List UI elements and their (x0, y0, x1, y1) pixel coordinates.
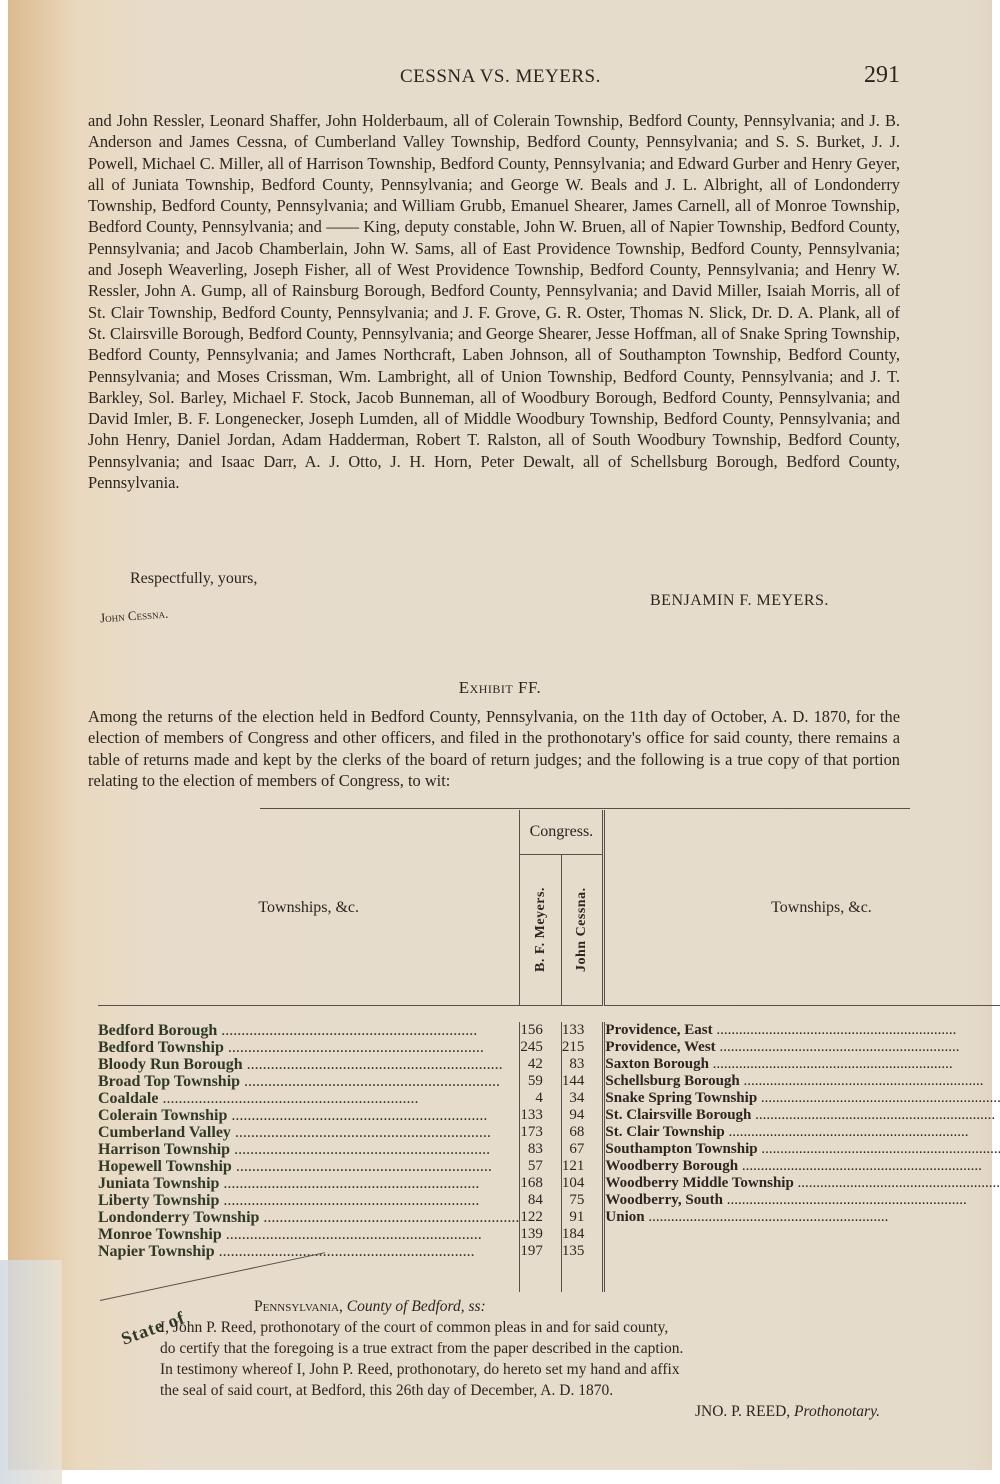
header-cessna-left: John Cessna. (561, 855, 604, 1006)
table-row: Liberty Township8475Woodberry, South1351… (98, 1192, 1000, 1209)
table-row: Monroe Township139184 (98, 1226, 1000, 1243)
cessna-votes: 184 (561, 1226, 604, 1243)
meyers-votes: 57 (520, 1158, 562, 1175)
certificate: Pennsylvania, County of Bedford, ss: I, … (130, 1296, 910, 1422)
cessna-votes: 83 (561, 1056, 604, 1073)
meyers-votes: 245 (520, 1039, 562, 1056)
cessna-votes: 91 (561, 1209, 604, 1226)
page-number: 291 (864, 62, 900, 89)
meyers-votes: 84 (520, 1192, 562, 1209)
meyers-votes: 122 (520, 1209, 562, 1226)
township-name: Providence, East (604, 1022, 1000, 1039)
certificate-line-4: the seal of said court, at Bedford, this… (130, 1380, 910, 1401)
meyers-votes: 133 (520, 1107, 562, 1124)
township-name: St. Clairsville Borough (604, 1107, 1000, 1124)
totals-row: 2,7522,720 (98, 1260, 1000, 1292)
table-row: Hopewell Township57121Woodberry Borough2… (98, 1158, 1000, 1175)
meyers-votes: 59 (520, 1073, 562, 1090)
meyers-votes: 139 (520, 1226, 562, 1243)
cessna-votes: 75 (561, 1192, 604, 1209)
township-name: Bedford Township (98, 1039, 520, 1056)
running-title: CESSNA VS. MEYERS. (400, 66, 601, 88)
cessna-votes: 34 (561, 1090, 604, 1107)
header-townships-right: Townships, &c. (604, 810, 1000, 1006)
table-top-rule (260, 808, 910, 809)
page-gutter-shadow (8, 0, 78, 1470)
township-name (604, 1243, 1000, 1260)
table-row: Bloody Run Borough4283Saxton Borough4232 (98, 1056, 1000, 1073)
exhibit-intro: Among the returns of the election held i… (88, 706, 900, 791)
meyers-votes: 197 (520, 1243, 562, 1260)
letter-closing: Respectfully, yours, (130, 570, 257, 588)
township-name: Juniata Township (98, 1175, 520, 1192)
township-name: Monroe Township (98, 1226, 520, 1243)
township-name: Union (604, 1209, 1000, 1226)
cessna-votes: 133 (561, 1022, 604, 1039)
cessna-votes: 121 (561, 1158, 604, 1175)
cessna-votes: 215 (561, 1039, 604, 1056)
township-name: Southampton Township (604, 1141, 1000, 1158)
election-returns-table: Townships, &c. Congress. Townships, &c. … (98, 810, 1000, 1292)
township-name: Schellsburg Borough (604, 1073, 1000, 1090)
township-name: Woodberry, South (604, 1192, 1000, 1209)
header-congress-left: Congress. (520, 810, 604, 855)
certificate-line-2: do certify that the foregoing is a true … (130, 1338, 910, 1359)
table-row: Napier Township197135 (98, 1243, 1000, 1260)
table-row: Londonderry Township12291Union140176 (98, 1209, 1000, 1226)
township-name: Coaldale (98, 1090, 520, 1107)
cessna-votes: 94 (561, 1107, 604, 1124)
table-row: Broad Top Township59144Schellsburg Borou… (98, 1073, 1000, 1090)
cessna-votes: 135 (561, 1243, 604, 1260)
table-row: Colerain Township13394St. Clairsville Bo… (98, 1107, 1000, 1124)
township-name: Providence, West (604, 1039, 1000, 1056)
table-row: Juniata Township168104Woodberry Middle T… (98, 1175, 1000, 1192)
signature-meyers: BENJAMIN F. MEYERS. (650, 592, 829, 610)
township-name: Napier Township (98, 1243, 520, 1260)
certificate-line-3: In testimony whereof I, John P. Reed, pr… (130, 1359, 910, 1380)
township-name: St. Clair Township (604, 1124, 1000, 1141)
table-row: Coaldale434Snake Spring Township7645 (98, 1090, 1000, 1107)
certificate-heading: Pennsylvania, County of Bedford, ss: (130, 1296, 910, 1317)
table-row: Bedford Township245215Providence, West56… (98, 1039, 1000, 1056)
township-name: Woodberry Borough (604, 1158, 1000, 1175)
page-header: CESSNA VS. MEYERS. 291 (120, 62, 900, 92)
meyers-votes: 83 (520, 1141, 562, 1158)
township-name: Hopewell Township (98, 1158, 520, 1175)
certificate-signature: JNO. P. REED, Prothonotary. (130, 1401, 910, 1422)
township-name: Woodberry Middle Township (604, 1175, 1000, 1192)
township-name (604, 1226, 1000, 1243)
header-meyers-left: B. F. Meyers. (520, 855, 562, 1006)
meyers-votes: 42 (520, 1056, 562, 1073)
header-townships-left: Townships, &c. (98, 810, 520, 1006)
cessna-votes: 67 (561, 1141, 604, 1158)
township-name: Harrison Township (98, 1141, 520, 1158)
table-row: Bedford Borough156133Providence, East471… (98, 1022, 1000, 1039)
adjacent-page-edge (0, 1260, 62, 1484)
cessna-votes: 144 (561, 1073, 604, 1090)
township-name: Londonderry Township (98, 1209, 520, 1226)
meyers-votes: 4 (520, 1090, 562, 1107)
exhibit-title: Exhibit FF. (0, 678, 1000, 698)
meyers-votes: 156 (520, 1022, 562, 1039)
township-name: Cumberland Valley (98, 1124, 520, 1141)
township-name: Liberty Township (98, 1192, 520, 1209)
township-name: Colerain Township (98, 1107, 520, 1124)
meyers-votes: 168 (520, 1175, 562, 1192)
township-name: Bloody Run Borough (98, 1056, 520, 1073)
cessna-votes: 104 (561, 1175, 604, 1192)
letter-body: and John Ressler, Leonard Shaffer, John … (88, 110, 900, 493)
cessna-votes: 68 (561, 1124, 604, 1141)
township-name: Saxton Borough (604, 1056, 1000, 1073)
table-row: Harrison Township8367Southampton Townshi… (98, 1141, 1000, 1158)
township-name: Broad Top Township (98, 1073, 520, 1090)
meyers-votes: 173 (520, 1124, 562, 1141)
township-name: Snake Spring Township (604, 1090, 1000, 1107)
certificate-line-1: I, John P. Reed, prothonotary of the cou… (130, 1317, 910, 1338)
township-name: Bedford Borough (98, 1022, 520, 1039)
table-row: Cumberland Valley17368St. Clair Township… (98, 1124, 1000, 1141)
